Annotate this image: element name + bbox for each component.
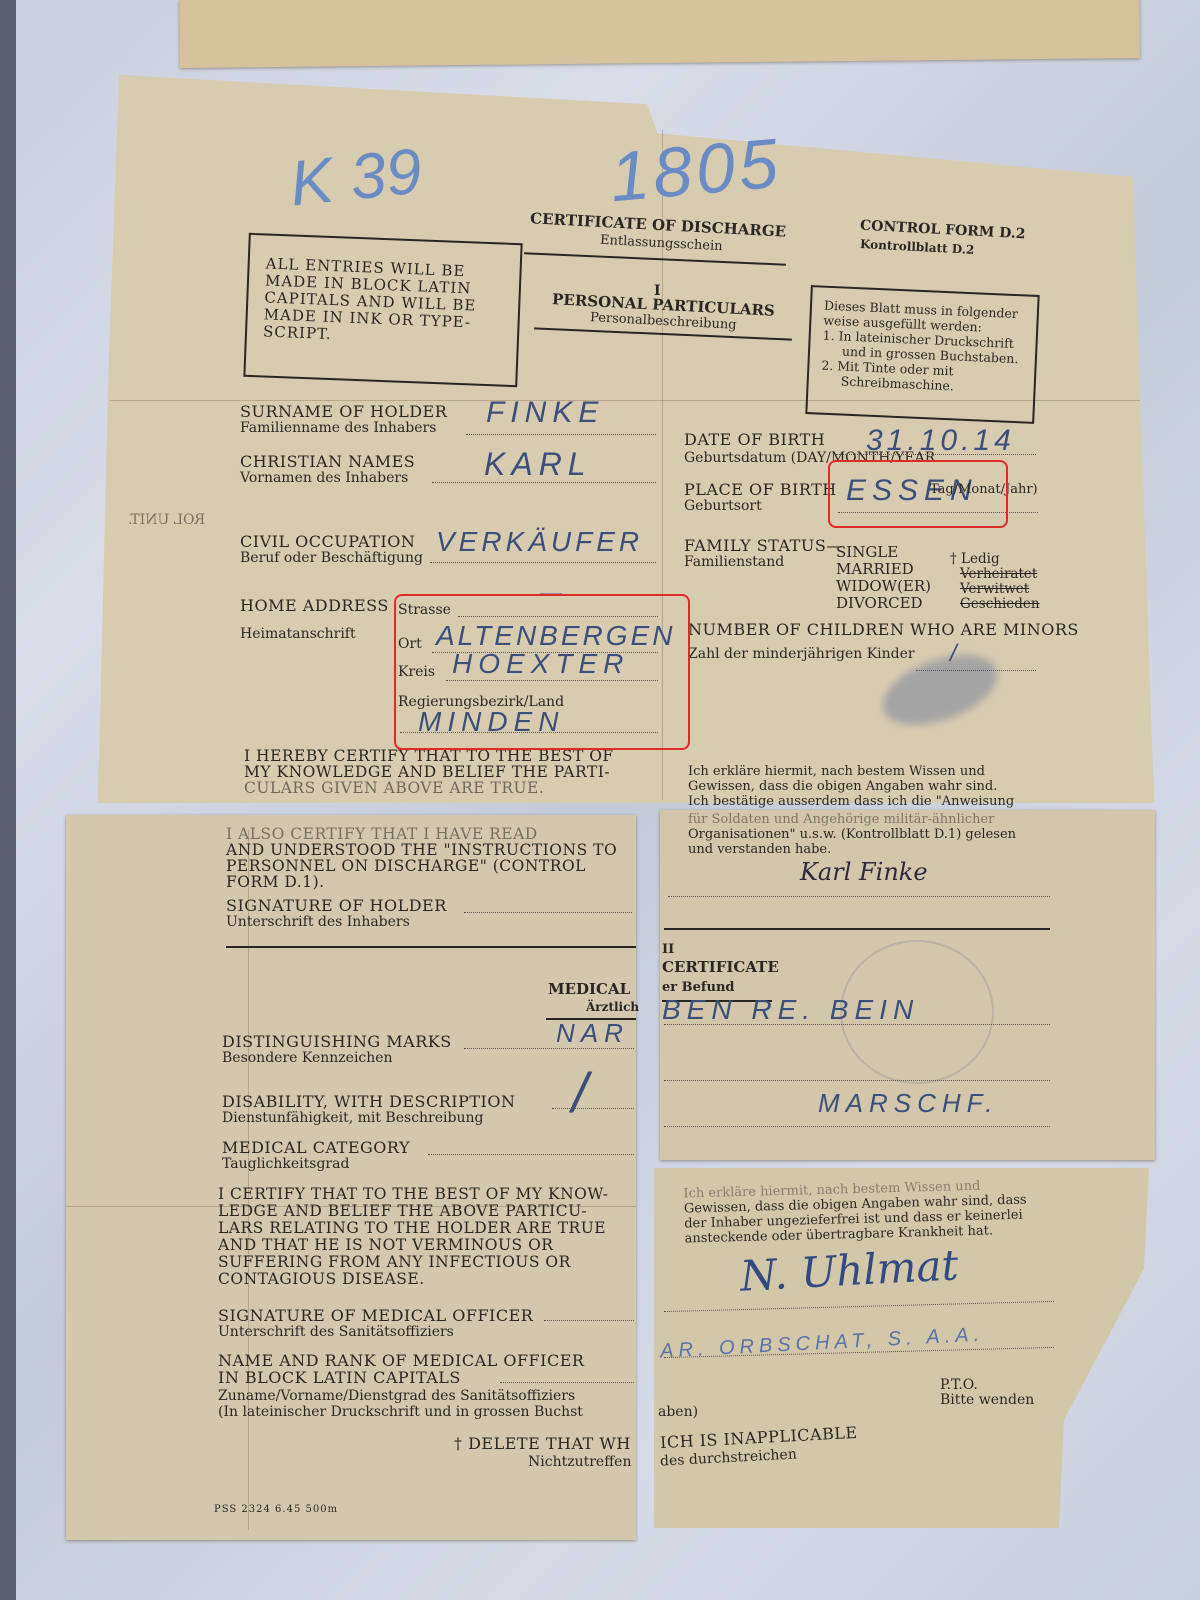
holder-signature-label: SIGNATURE OF HOLDER xyxy=(226,896,447,915)
print-code: PSS 2324 6.45 500m xyxy=(214,1504,338,1515)
distinguishing-marks-label: DISTINGUISHING MARKS xyxy=(222,1032,452,1051)
dob-value: 31.10.14 xyxy=(866,424,1015,458)
holder-signature-value: Karl Finke xyxy=(800,858,928,886)
place-of-birth-label-de: Geburtsort xyxy=(684,498,762,514)
family-status-option-de: † Ledig xyxy=(950,552,1040,567)
mirrored-stamp-text: ROL UNIT. xyxy=(128,512,205,528)
medical-officer-signature-label-de: Unterschrift des Sanitätsoffiziers xyxy=(218,1324,454,1340)
medical-title-right-de: er Befund xyxy=(662,980,735,995)
holder-signature-label-de: Unterschrift des Inhabers xyxy=(226,914,410,930)
family-status-option: WIDOW(ER) xyxy=(836,578,931,595)
declaration-line: I HEREBY CERTIFY THAT TO THE BEST OF xyxy=(244,748,614,764)
declaration-line: Ich erkläre hiermit, nach bestem Wissen … xyxy=(688,764,1014,779)
medical-title-right: CERTIFICATE xyxy=(662,958,779,976)
declaration-line: Gewissen, dass die obigen Angaben wahr s… xyxy=(688,779,1014,794)
family-status-options-de: † Ledig Verheiratet Verwitwet Geschieden xyxy=(950,552,1040,612)
holder-signature-field xyxy=(464,904,632,913)
holder-signature-line xyxy=(668,890,1050,897)
declaration-de-cont: für Soldaten und Angehörige militär-ähnl… xyxy=(688,812,1016,857)
medical-officer-name-field xyxy=(500,1374,634,1383)
medical-title-left: MEDICAL xyxy=(548,980,630,998)
pto-label: P.T.O. xyxy=(940,1378,1034,1393)
declaration-line: MY KNOWLEDGE AND BELIEF THE PARTI- xyxy=(244,764,614,780)
fold-line xyxy=(248,830,249,1530)
instructions-box-de: Dieses Blatt muss in folgender weise aus… xyxy=(805,285,1039,424)
family-status-option-de: Verheiratet xyxy=(950,567,1040,582)
declaration-en: I HEREBY CERTIFY THAT TO THE BEST OF MY … xyxy=(244,748,614,796)
medical-category-value: MARSCHF. xyxy=(818,1088,998,1119)
family-status-option-de: Verwitwet xyxy=(950,582,1040,597)
medical-certify-de: Ich erkläre hiermit, nach bestem Wissen … xyxy=(683,1178,1027,1247)
highlight-box-place-of-birth xyxy=(828,460,1008,528)
christian-names-label-de: Vornamen des Inhabers xyxy=(240,470,408,486)
distinguishing-marks-value-left: NAR xyxy=(556,1018,629,1049)
certify-line: SUFFERING FROM ANY INFECTIOUS OR xyxy=(218,1254,608,1271)
distinguishing-marks-label-de: Besondere Kennzeichen xyxy=(222,1050,393,1066)
medical-category-field xyxy=(428,1146,634,1155)
home-address-label: HOME ADDRESS xyxy=(240,596,389,615)
handwritten-ref-right: 1805 xyxy=(607,123,785,218)
distinguishing-marks-value-right: BEN RE. BEIN xyxy=(662,994,919,1026)
family-status-options: SINGLE MARRIED WIDOW(ER) DIVORCED xyxy=(836,544,931,612)
surname-label: SURNAME OF HOLDER xyxy=(240,402,447,421)
family-status-option: SINGLE xyxy=(836,544,931,561)
family-status-option: DIVORCED xyxy=(836,595,931,612)
christian-names-value: KARL xyxy=(484,446,592,483)
home-address-label-de: Heimatanschrift xyxy=(240,626,356,642)
medical-officer-signature-field xyxy=(544,1312,634,1321)
officer-label-de-end: aben) xyxy=(658,1404,698,1420)
medical-category-label: MEDICAL CATEGORY xyxy=(222,1138,410,1157)
medical-category-line xyxy=(664,1120,1050,1127)
family-status-label-de: Familienstand xyxy=(684,554,784,570)
divider xyxy=(664,928,1050,930)
disability-line xyxy=(664,1074,1050,1081)
certify-line: CONTAGIOUS DISEASE. xyxy=(218,1271,608,1288)
declaration-line: Organisationen" u.s.w. (Kontrollblatt D.… xyxy=(688,827,1016,842)
pto-note: P.T.O. Bitte wenden xyxy=(940,1378,1034,1408)
certify-line: I CERTIFY THAT TO THE BEST OF MY KNOW- xyxy=(218,1186,608,1203)
officer-label-line: (In lateinischer Druckschrift und in gro… xyxy=(218,1404,583,1420)
declaration-line: I ALSO CERTIFY THAT I HAVE READ xyxy=(226,826,617,842)
medical-certify-en: I CERTIFY THAT TO THE BEST OF MY KNOW- L… xyxy=(218,1186,608,1288)
read-declaration: I ALSO CERTIFY THAT I HAVE READ AND UNDE… xyxy=(226,826,617,890)
occupation-value: VERKÄUFER xyxy=(436,526,643,558)
declaration-line: für Soldaten und Angehörige militär-ähnl… xyxy=(688,812,1016,827)
medical-title-left-de: Ärztlich xyxy=(586,1000,639,1014)
declaration-de: Ich erkläre hiermit, nach bestem Wissen … xyxy=(688,764,1014,809)
table-edge xyxy=(0,0,16,1600)
paper-fragment-top xyxy=(179,0,1140,68)
medical-section-number: II xyxy=(662,942,674,957)
declaration-line: PERSONNEL ON DISCHARGE" (CONTROL xyxy=(226,858,617,874)
disability-label-de: Dienstunfähigkeit, mit Beschreibung xyxy=(222,1110,483,1126)
certify-line: LARS RELATING TO THE HOLDER ARE TRUE xyxy=(218,1220,608,1237)
family-status-label: FAMILY STATUS— xyxy=(684,536,843,555)
officer-label-line: NAME AND RANK OF MEDICAL OFFICER xyxy=(218,1352,584,1369)
delete-note-left: † DELETE THAT WH xyxy=(454,1434,631,1453)
delete-note-left-de: Nichtzutreffen xyxy=(528,1454,631,1470)
place-of-birth-label: PLACE OF BIRTH xyxy=(684,480,837,499)
occupation-label-de: Beruf oder Beschäftigung xyxy=(240,550,423,566)
disability-label: DISABILITY, WITH DESCRIPTION xyxy=(222,1092,515,1111)
declaration-line: und verstanden habe. xyxy=(688,842,1016,857)
declaration-line: CULARS GIVEN ABOVE ARE TRUE. xyxy=(244,780,614,796)
occupation-label: CIVIL OCCUPATION xyxy=(240,532,415,551)
officer-label-line: Zuname/Vorname/Dienstgrad des Sanitätsof… xyxy=(218,1388,583,1404)
family-status-option: MARRIED xyxy=(836,561,931,578)
surname-label-de: Familienname des Inhabers xyxy=(240,420,436,436)
certify-line: LEDGE AND BELIEF THE ABOVE PARTICU- xyxy=(218,1203,608,1220)
declaration-line: Ich bestätige ausserdem dass ich die "An… xyxy=(688,794,1014,809)
children-label-de: Zahl der minderjährigen Kinder xyxy=(688,646,915,662)
handwritten-ref-left: K 39 xyxy=(286,133,425,220)
declaration-line: AND UNDERSTOOD THE "INSTRUCTIONS TO xyxy=(226,842,617,858)
children-label: NUMBER OF CHILDREN WHO ARE MINORS xyxy=(688,620,1079,639)
disability-value: / xyxy=(572,1060,594,1125)
instructions-box-en: ALL ENTRIES WILL BE MADE IN BLOCK LATIN … xyxy=(243,233,522,387)
medical-officer-signature-label: SIGNATURE OF MEDICAL OFFICER xyxy=(218,1306,533,1325)
pto-label-de: Bitte wenden xyxy=(940,1393,1034,1408)
medical-category-label-de: Tauglichkeitsgrad xyxy=(222,1156,349,1172)
certify-line: AND THAT HE IS NOT VERMINOUS OR xyxy=(218,1237,608,1254)
dob-label: DATE OF BIRTH xyxy=(684,430,825,449)
family-status-option-de: Geschieden xyxy=(950,597,1040,612)
christian-names-label: CHRISTIAN NAMES xyxy=(240,452,415,471)
divider xyxy=(226,946,636,948)
highlight-box-home-address xyxy=(394,594,690,750)
declaration-line: FORM D.1). xyxy=(226,874,617,890)
medical-officer-name-label-de: Zuname/Vorname/Dienstgrad des Sanitätsof… xyxy=(218,1388,583,1420)
surname-value: FINKE xyxy=(486,396,604,430)
